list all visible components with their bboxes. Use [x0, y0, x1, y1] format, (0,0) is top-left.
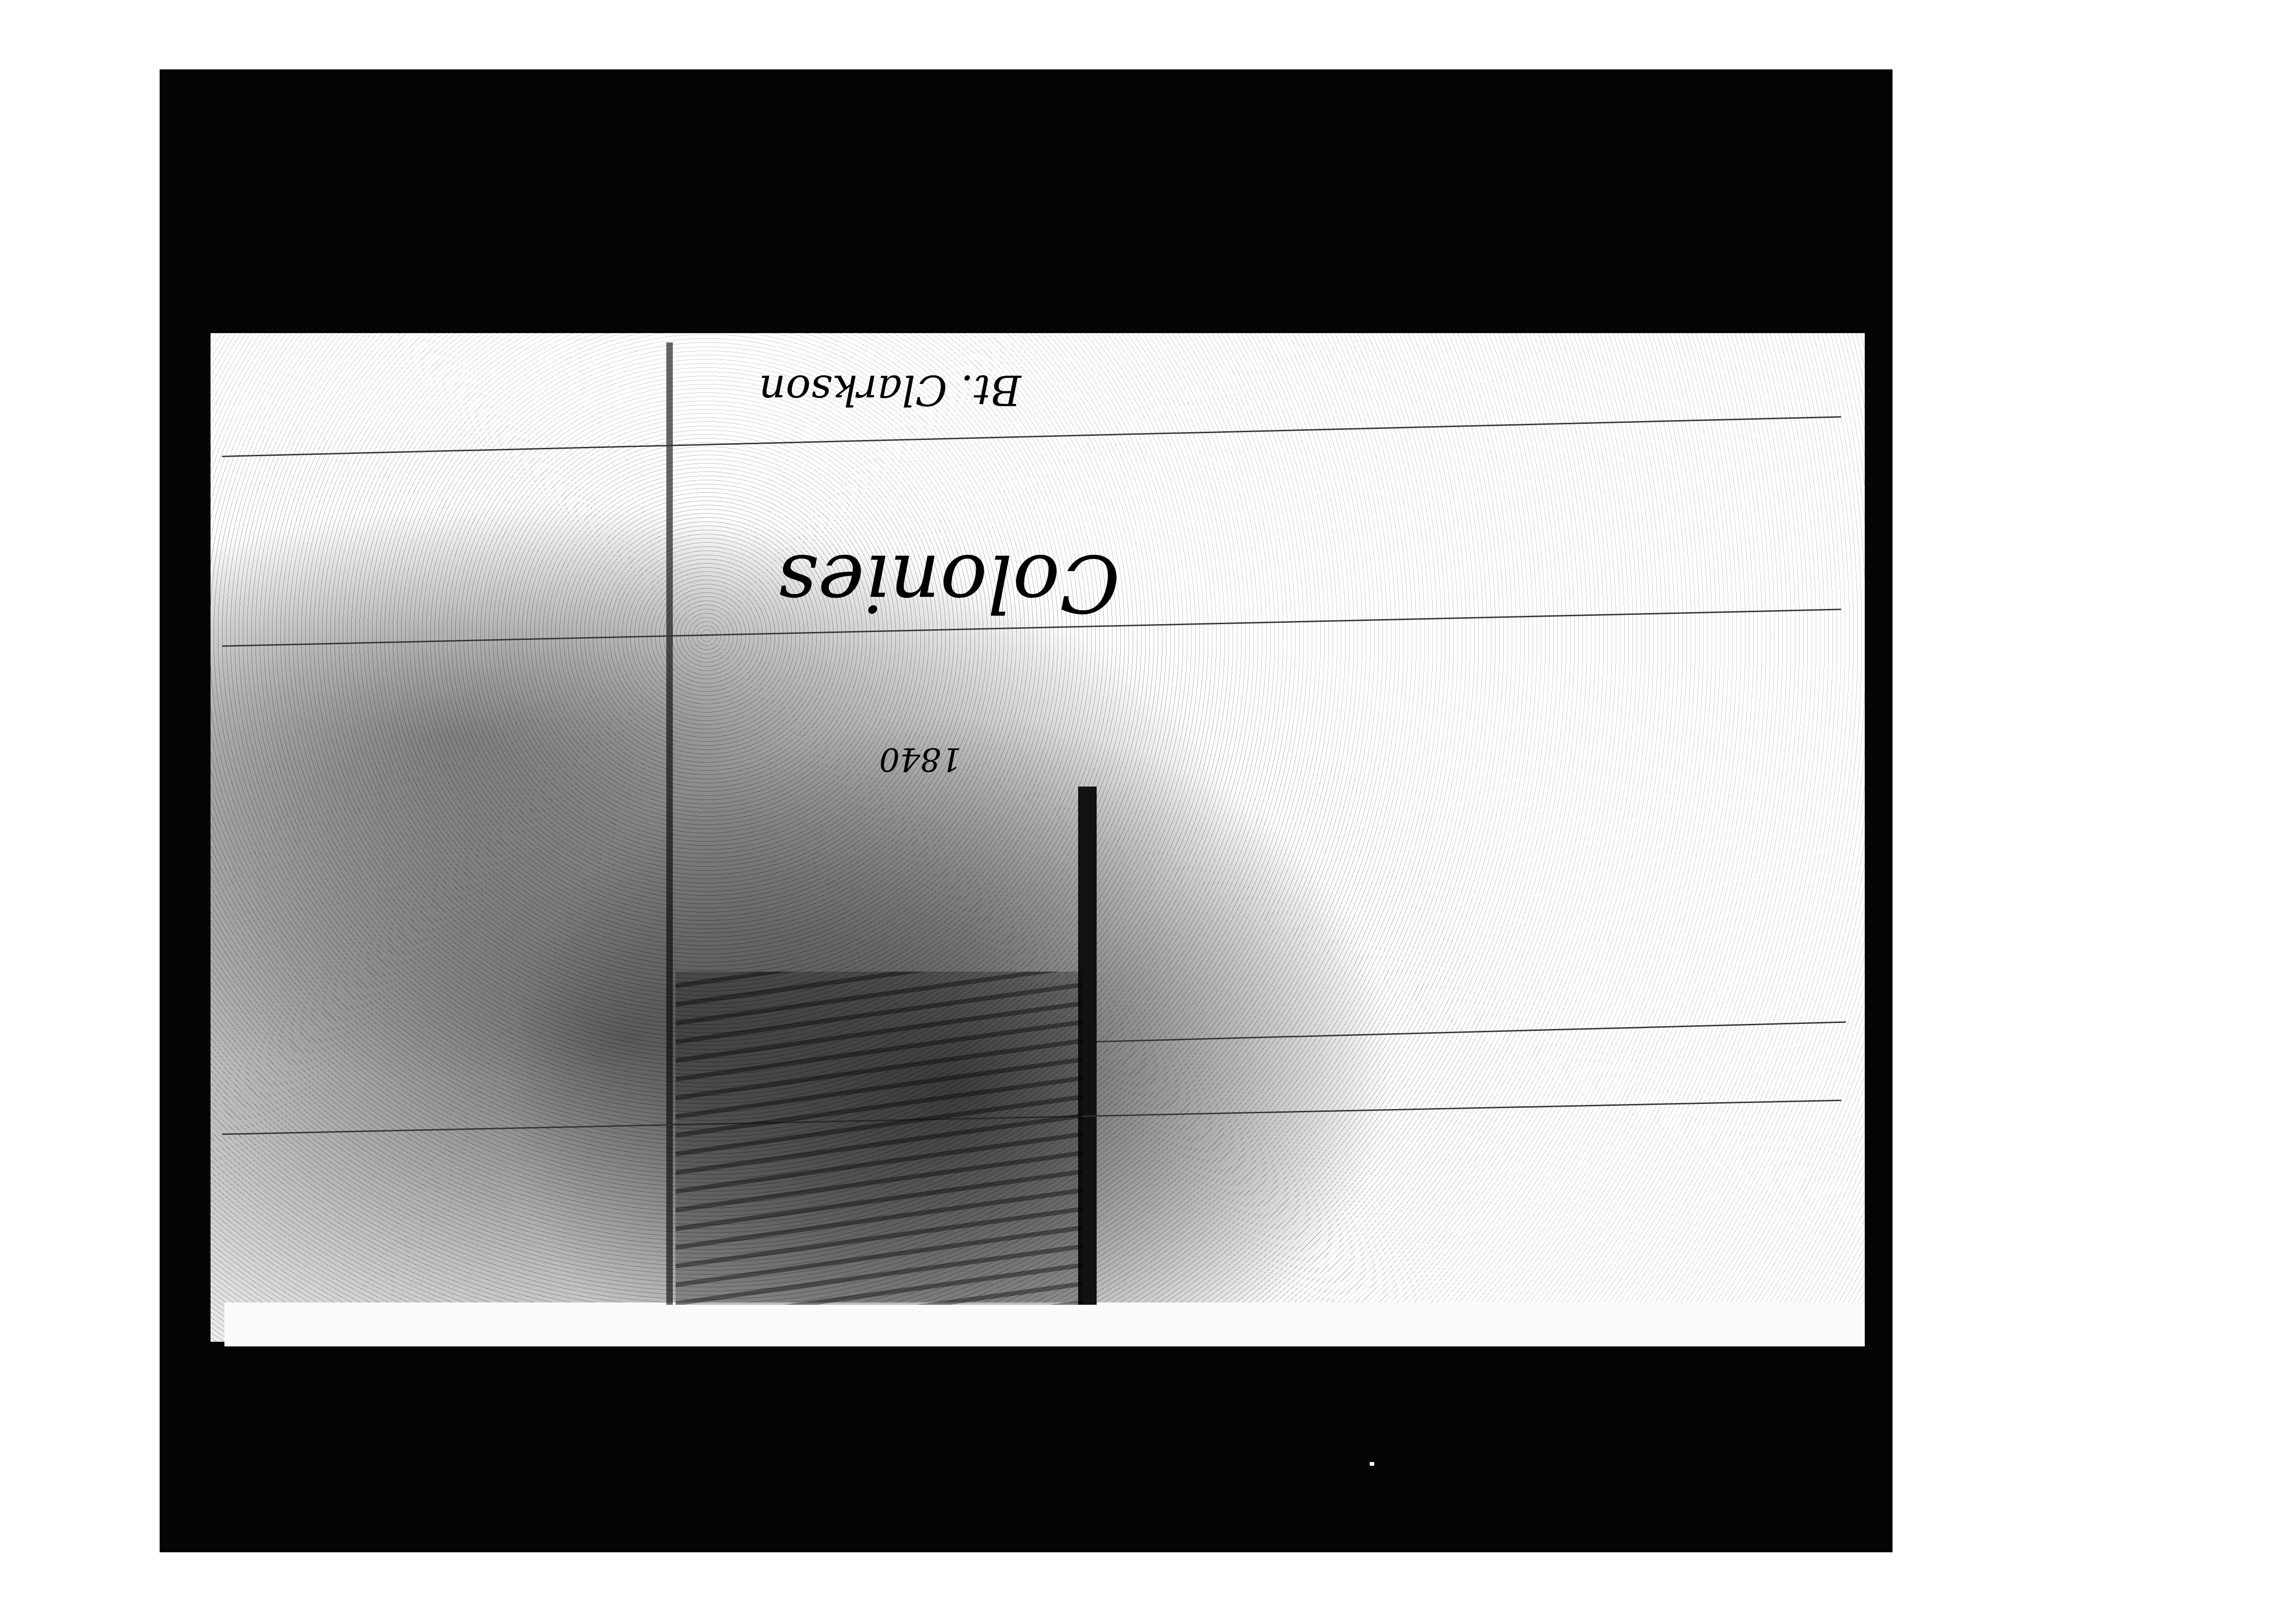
- fold-line-left: [666, 342, 673, 1305]
- handwriting-title: Colonies: [777, 537, 1120, 628]
- scan-speck: [1370, 1462, 1374, 1466]
- handwriting-top: Bt. Clarkson: [759, 366, 1021, 414]
- paper-bottom-edge: [224, 1302, 1865, 1346]
- illegible-body-text: [676, 972, 1083, 1305]
- handwriting-year: 1840: [879, 740, 962, 778]
